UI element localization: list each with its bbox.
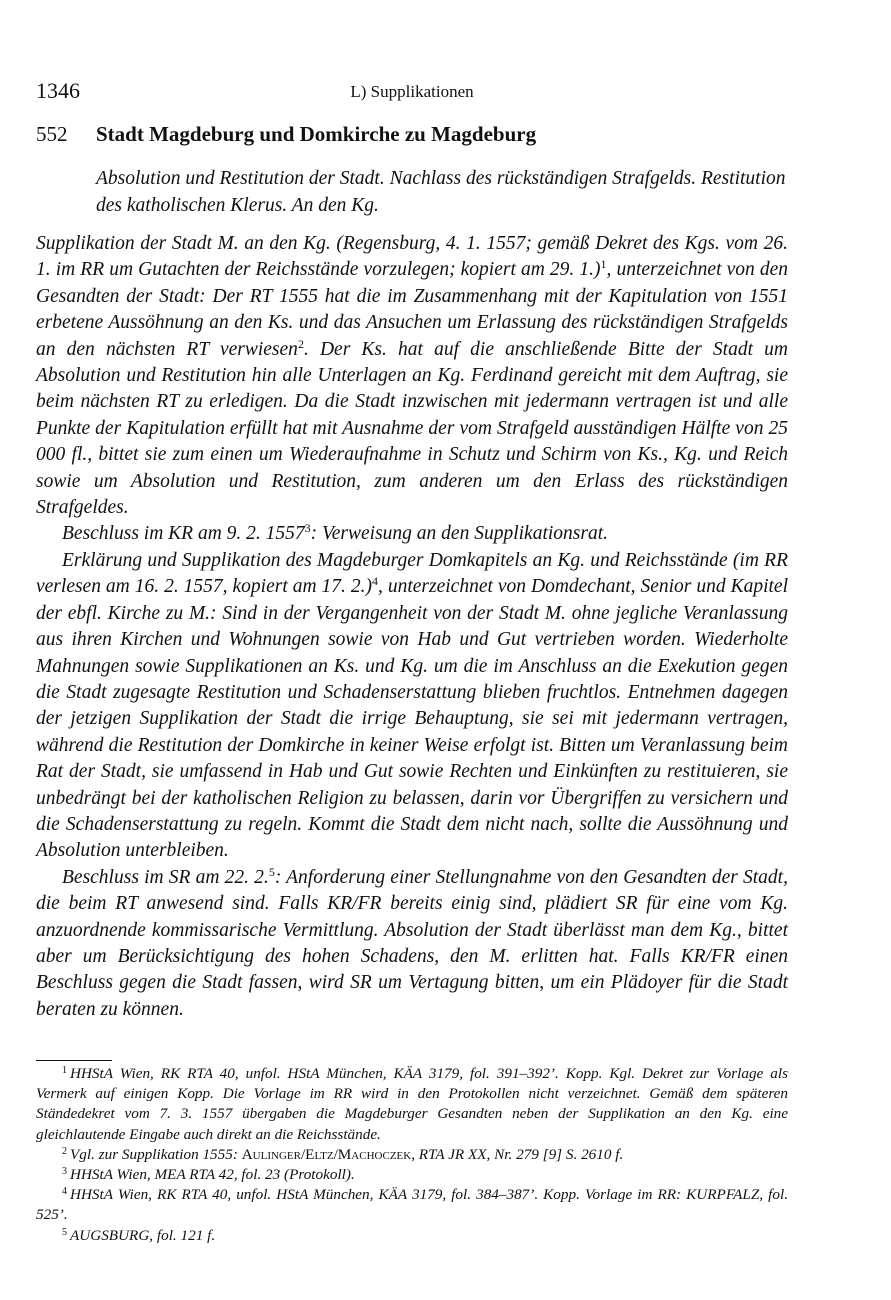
document-title: Stadt Magdeburg und Domkirche zu Magdebu… (96, 122, 536, 146)
paragraph-city-supplication: Supplikation der Stadt M. an den Kg. (Re… (36, 231, 788, 521)
paragraph-chapter-supplication: Erklärung und Supplikation des Magdeburg… (36, 548, 788, 865)
footnote-1: 1HHStA Wien, RK RTA 40, unfol. HStA Münc… (36, 1064, 788, 1145)
footnotes: 1HHStA Wien, RK RTA 40, unfol. HStA Münc… (36, 1064, 788, 1246)
paragraph-sr-decision: Beschluss im SR am 22. 2.5: Anforderung … (36, 865, 788, 1023)
footnote-5: 5AUGSBURG, fol. 121 f. (36, 1226, 788, 1246)
author-names: Aulinger/Eltz/Machoczek (242, 1146, 412, 1163)
document-number: 552 (36, 122, 96, 147)
footnote-4: 4HHStA Wien, RK RTA 40, unfol. HStA Münc… (36, 1185, 788, 1225)
document-heading: 552Stadt Magdeburg und Domkirche zu Magd… (36, 122, 536, 147)
footnote-2: 2Vgl. zur Supplikation 1555: Aulinger/El… (36, 1145, 788, 1165)
footnote-3: 3HHStA Wien, MEA RTA 42, fol. 23 (Protok… (36, 1165, 788, 1185)
document-summary: Absolution und Restitution der Stadt. Na… (96, 165, 796, 219)
paragraph-kr-decision: Beschluss im KR am 9. 2. 15573: Verweisu… (36, 521, 788, 547)
running-section-title: L) Supplikationen (36, 82, 788, 102)
running-head: 1346 L) Supplikationen (36, 78, 788, 108)
document-body: Supplikation der Stadt M. an den Kg. (Re… (36, 231, 788, 1023)
footnote-divider (36, 1060, 112, 1061)
